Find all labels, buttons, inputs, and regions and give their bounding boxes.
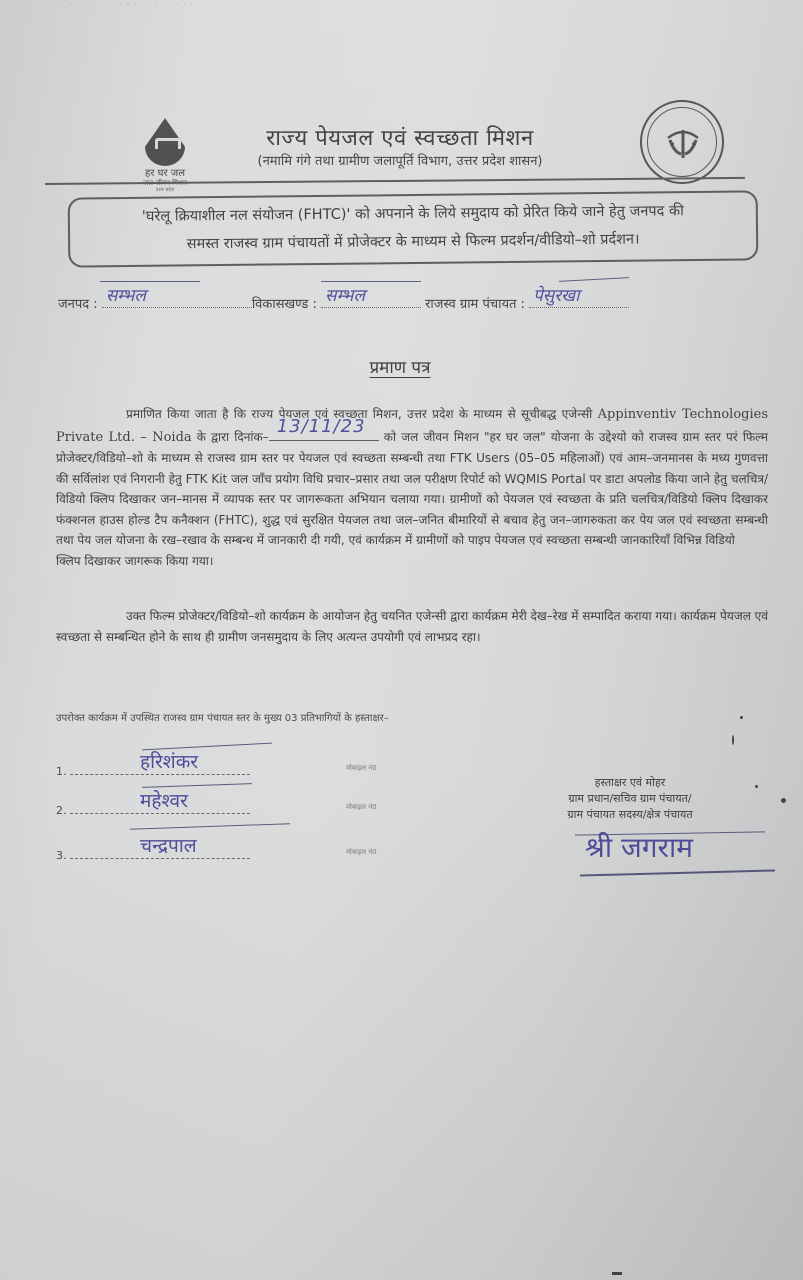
uttar-pradesh-government-emblem-icon xyxy=(640,100,724,184)
date-field[interactable]: 13/11/23 xyxy=(269,426,379,441)
participant-number: 2. xyxy=(56,804,67,817)
block-field[interactable]: सम्भल xyxy=(321,291,421,308)
mobile-label: मोबाइल नं0 xyxy=(346,803,377,812)
panchayat-field[interactable]: पेसुरखा xyxy=(529,291,629,308)
body-text-b: के द्वारा दिनांक– xyxy=(192,430,269,444)
block-value: सम्भल xyxy=(325,283,365,306)
paper-speck xyxy=(740,716,743,719)
mobile-label: मोबाइल नं0 xyxy=(346,848,377,857)
block-label: विकासखण्ड : xyxy=(252,294,317,312)
pradhan-signature[interactable]: श्री जगराम xyxy=(585,828,693,866)
participant-row: 1. हरिशंकर मोबाइल नं0 xyxy=(56,762,396,778)
participant-row: 2. महेश्वर मोबाइल नं0 xyxy=(56,801,396,817)
body-text-p2: उक्त फिल्म प्रोजेक्टर/विडियो–शो कार्यक्र… xyxy=(56,609,768,644)
participant-signature: महेश्वर xyxy=(140,787,188,813)
emblem-bow-fish-icon xyxy=(664,124,702,162)
logo-line-3: उत्तर प्रदेश xyxy=(130,187,200,193)
paper-speck xyxy=(755,785,758,788)
logo-line-1: हर घर जल xyxy=(130,168,200,179)
paper-speck xyxy=(781,798,786,803)
document-title: राज्य पेयजल एवं स्वच्छता मिशन xyxy=(180,122,620,152)
district-field[interactable]: सम्भल xyxy=(102,291,252,308)
district-value: सम्भल xyxy=(106,283,146,306)
signatory-line-3: ग्राम पंचायत सदस्य/क्षेत्र पंचायत xyxy=(520,807,740,823)
paper-mark xyxy=(612,1272,622,1275)
panchayat-label: राजस्व ग्राम पंचायत : xyxy=(425,294,525,312)
document-subtitle: (नमामि गंगे तथा ग्रामीण जलापूर्ति विभाग,… xyxy=(160,151,640,169)
certificate-body-paragraph-2: उक्त फिल्म प्रोजेक्टर/विडियो–शो कार्यक्र… xyxy=(56,606,768,647)
participant-signature-field[interactable]: महेश्वर xyxy=(70,801,250,814)
participant-row: 3. चन्द्रपाल मोबाइल नं0 xyxy=(56,846,396,862)
district-label: जनपद : xyxy=(58,294,98,312)
certificate-title: प्रमाण पत्र xyxy=(330,355,470,378)
participant-signature-field[interactable]: हरिशंकर xyxy=(70,762,250,775)
date-value: 13/11/23 xyxy=(277,417,366,438)
participant-signature: चन्द्रपाल xyxy=(140,832,197,858)
signatory-line-1: हस्ताक्षर एवं मोहर xyxy=(520,775,740,791)
participant-number: 1. xyxy=(56,765,67,778)
location-fields: जनपद : सम्भल विकासखण्ड : सम्भल राजस्व ग्… xyxy=(58,291,758,312)
reverse-side-bleed-text: · · · · · · · · · · · · · · · · · · xyxy=(70,0,720,8)
paper-speck xyxy=(732,735,734,745)
signature-underline xyxy=(580,869,775,876)
body-text-tail: क्लिप दिखाकर जागरूक किया गया। xyxy=(56,551,768,572)
participant-signature: हरिशंकर xyxy=(140,748,198,774)
participant-number: 3. xyxy=(56,849,67,862)
body-text-c: को जल जीवन मिशन "हर घर जल" योजना के उद्द… xyxy=(56,430,768,548)
participant-signature-field[interactable]: चन्द्रपाल xyxy=(70,846,250,859)
certificate-body-paragraph-1: प्रमाणित किया जाता है कि राज्य पेयजल एवं… xyxy=(56,404,768,571)
signatory-line-2: ग्राम प्रधान/सचिव ग्राम पंचायत/ xyxy=(520,791,740,807)
panchayat-value: पेसुरखा xyxy=(533,283,579,306)
mobile-label: मोबाइल नं0 xyxy=(346,764,377,773)
participants-heading: उपरोक्त कार्यक्रम में उपस्थित राजस्व ग्र… xyxy=(56,712,456,726)
program-banner: 'घरेलू क्रियाशील नल संयोजन (FHTC)' को अप… xyxy=(68,190,759,267)
signatory-block: हस्ताक्षर एवं मोहर ग्राम प्रधान/सचिव ग्र… xyxy=(520,775,740,823)
